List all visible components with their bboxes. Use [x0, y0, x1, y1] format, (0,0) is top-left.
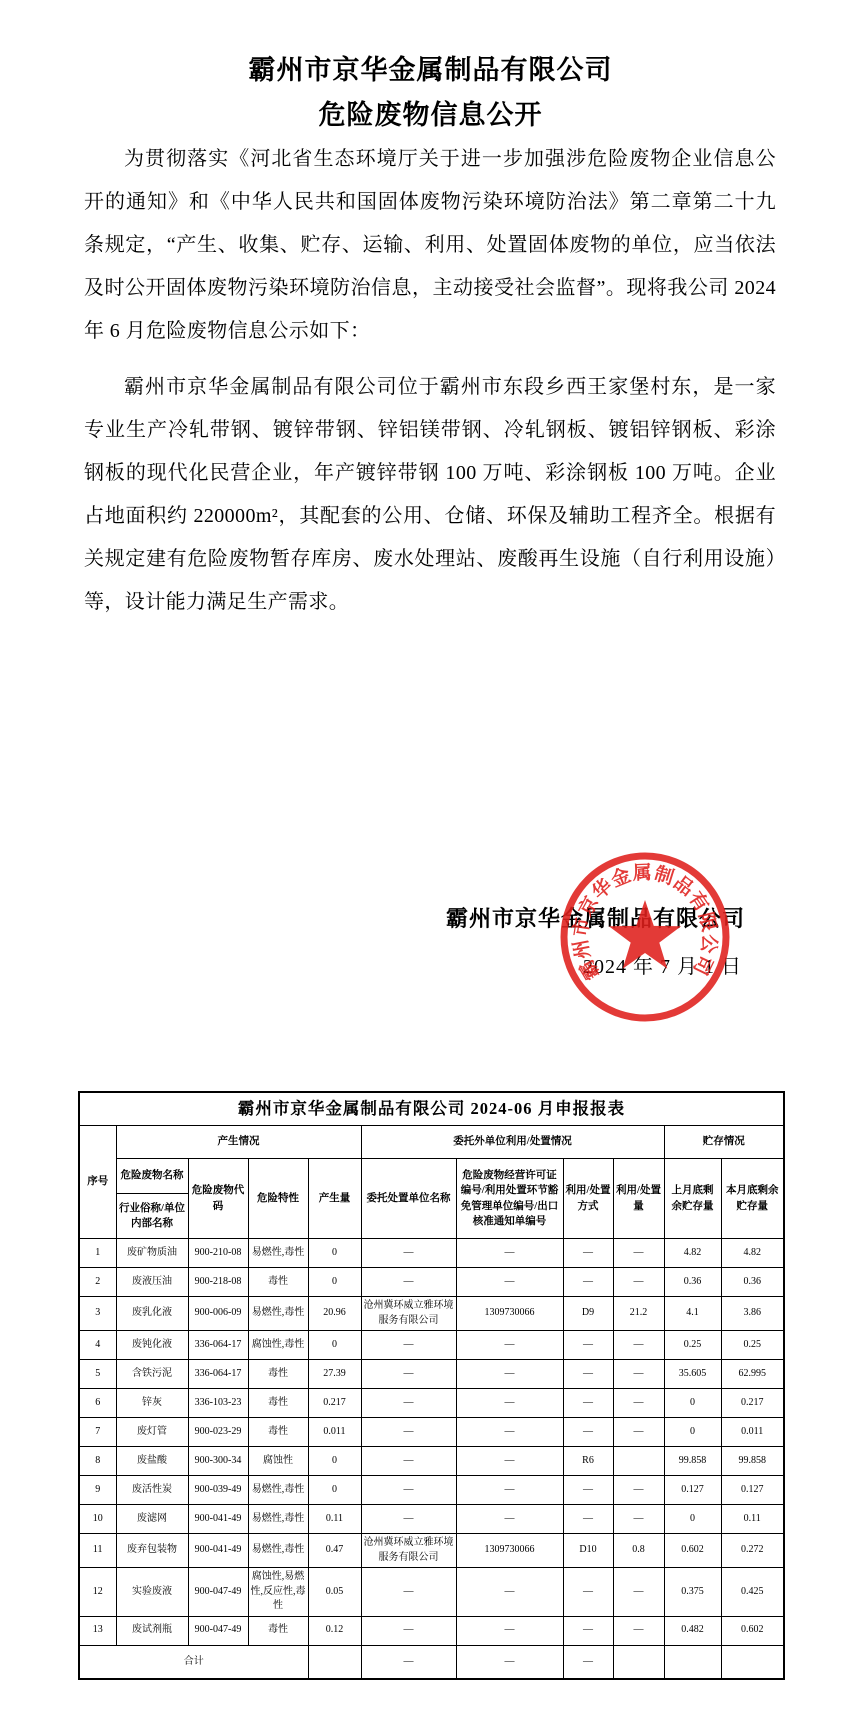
table-cell: 0.47 — [308, 1534, 361, 1568]
header-last-month-storage: 上月底剩余贮存量 — [664, 1159, 721, 1239]
table-cell: 900-006-09 — [188, 1297, 248, 1331]
table-cell: 3.86 — [721, 1297, 784, 1331]
table-row: 6锌灰336-103-23毒性0.217————00.217 — [79, 1389, 784, 1418]
table-cell: — — [613, 1360, 664, 1389]
table-cell: 21.2 — [613, 1297, 664, 1331]
table-cell: — — [563, 1476, 613, 1505]
table-row: 12实验废液900-047-49腐蚀性,易燃性,反应性,毒性0.05————0.… — [79, 1568, 784, 1617]
table-cell: 废灯管 — [116, 1418, 188, 1447]
table-cell: 0.602 — [721, 1616, 784, 1645]
table-cell: 0.602 — [664, 1534, 721, 1568]
table-cell: 9 — [79, 1476, 116, 1505]
table-cell: 废盐酸 — [116, 1447, 188, 1476]
table-cell: — — [563, 1389, 613, 1418]
table-cell: 易燃性,毒性 — [248, 1476, 308, 1505]
header-production: 产生量 — [308, 1159, 361, 1239]
table-cell: — — [456, 1505, 563, 1534]
table-cell: 废液压油 — [116, 1268, 188, 1297]
table-cell: — — [456, 1568, 563, 1617]
table-cell: 0 — [664, 1505, 721, 1534]
table-cell: 0 — [308, 1447, 361, 1476]
table-cell: 12 — [79, 1568, 116, 1617]
header-license: 危险废物经营许可证编号/利用处置环节豁免管理单位编号/出口核准通知单编号 — [456, 1159, 563, 1239]
table-cell: 900-300-34 — [188, 1447, 248, 1476]
table-cell — [613, 1447, 664, 1476]
table-cell: R6 — [563, 1447, 613, 1476]
document-body: 为贯彻落实《河北省生态环境厅关于进一步加强涉危险废物企业信息公开的通知》和《中华… — [84, 138, 776, 637]
paragraph-policy: 为贯彻落实《河北省生态环境厅关于进一步加强涉危险废物企业信息公开的通知》和《中华… — [84, 138, 776, 353]
table-row: 5含铁污泥336-064-17毒性27.39————35.60562.995 — [79, 1360, 784, 1389]
table-cell: — — [456, 1418, 563, 1447]
table-cell: — — [613, 1389, 664, 1418]
table-cell: 336-064-17 — [188, 1360, 248, 1389]
table-row: 4废钝化液336-064-17腐蚀性,毒性0————0.250.25 — [79, 1331, 784, 1360]
table-cell: 0.217 — [721, 1389, 784, 1418]
table-cell: 毒性 — [248, 1268, 308, 1297]
table-cell: — — [361, 1268, 456, 1297]
table-cell: — — [456, 1331, 563, 1360]
table-cell: 含铁污泥 — [116, 1360, 188, 1389]
table-title-row: 霸州市京华金属制品有限公司 2024-06 月申报报表 — [79, 1092, 784, 1126]
table-cell: 900-041-49 — [188, 1534, 248, 1568]
table-subheader-row1: 危险废物名称 危险废物代码 危险特性 产生量 委托处置单位名称 危险废物经营许可… — [79, 1159, 784, 1194]
table-cell: 0 — [664, 1418, 721, 1447]
header-this-month-storage: 本月底剩余贮存量 — [721, 1159, 784, 1239]
header-group-storage: 贮存情况 — [664, 1126, 784, 1159]
table-row: 11废弃包装物900-041-49易燃性,毒性0.47沧州冀环威立雅环境服务有限… — [79, 1534, 784, 1568]
table-cell: 900-210-08 — [188, 1239, 248, 1268]
table-cell: — — [361, 1239, 456, 1268]
table-cell: 0 — [664, 1389, 721, 1418]
table-cell: 5 — [79, 1360, 116, 1389]
table-cell: 0.127 — [664, 1476, 721, 1505]
table-cell: 900-023-29 — [188, 1418, 248, 1447]
header-group-produce: 产生情况 — [116, 1126, 361, 1159]
table-cell: — — [563, 1360, 613, 1389]
table-cell: D10 — [563, 1534, 613, 1568]
table-cell: — — [563, 1239, 613, 1268]
table-cell: — — [361, 1418, 456, 1447]
table-cell: 废活性炭 — [116, 1476, 188, 1505]
table-cell: 900-047-49 — [188, 1568, 248, 1617]
table-title: 霸州市京华金属制品有限公司 2024-06 月申报报表 — [79, 1092, 784, 1126]
table-cell: 900-218-08 — [188, 1268, 248, 1297]
seal-ring — [564, 856, 726, 1018]
header-hazard: 危险特性 — [248, 1159, 308, 1239]
table-cell: 0 — [308, 1239, 361, 1268]
table-cell: 0 — [308, 1331, 361, 1360]
table-total-row: 合计——— — [79, 1645, 784, 1679]
table-cell: 0.425 — [721, 1568, 784, 1617]
table-cell: 3 — [79, 1297, 116, 1331]
table-cell: — — [613, 1268, 664, 1297]
table-cell: — — [613, 1239, 664, 1268]
table-row: 1废矿物质油900-210-08易燃性,毒性0————4.824.82 — [79, 1239, 784, 1268]
table-cell: 6 — [79, 1389, 116, 1418]
table-cell: 0.36 — [664, 1268, 721, 1297]
table-cell: — — [361, 1616, 456, 1645]
table-cell: 0.12 — [308, 1616, 361, 1645]
header-seq: 序号 — [79, 1126, 116, 1239]
table-cell: — — [361, 1360, 456, 1389]
table-cell: 2 — [79, 1268, 116, 1297]
header-use-method: 利用/处置方式 — [563, 1159, 613, 1239]
table-cell: 1309730066 — [456, 1297, 563, 1331]
table-cell: — — [563, 1616, 613, 1645]
table-cell: 13 — [79, 1616, 116, 1645]
table-cell: 腐蚀性,毒性 — [248, 1331, 308, 1360]
table-cell: 0.11 — [308, 1505, 361, 1534]
table-cell: 0 — [308, 1476, 361, 1505]
table-cell: 0.011 — [721, 1418, 784, 1447]
monthly-report-table: 霸州市京华金属制品有限公司 2024-06 月申报报表 序号 产生情况 委托外单… — [78, 1091, 785, 1680]
header-group-entrust: 委托外单位利用/处置情况 — [361, 1126, 664, 1159]
table-cell: 废钝化液 — [116, 1331, 188, 1360]
table-row: 2废液压油900-218-08毒性0————0.360.36 — [79, 1268, 784, 1297]
table-cell: — — [456, 1645, 563, 1679]
table-group-header-row: 序号 产生情况 委托外单位利用/处置情况 贮存情况 — [79, 1126, 784, 1159]
table-cell: — — [456, 1447, 563, 1476]
header-use-amount: 利用/处置量 — [613, 1159, 664, 1239]
table-cell: 0.011 — [308, 1418, 361, 1447]
table-cell: 1309730066 — [456, 1534, 563, 1568]
table-cell — [308, 1645, 361, 1679]
table-row: 13废试剂瓶900-047-49毒性0.12————0.4820.602 — [79, 1616, 784, 1645]
table-cell — [664, 1645, 721, 1679]
table-cell: 4.82 — [664, 1239, 721, 1268]
table-cell: — — [456, 1389, 563, 1418]
table-cell: 易燃性,毒性 — [248, 1505, 308, 1534]
table-cell: 毒性 — [248, 1418, 308, 1447]
table-cell: 27.39 — [308, 1360, 361, 1389]
table-cell: 易燃性,毒性 — [248, 1534, 308, 1568]
table-cell: 0.375 — [664, 1568, 721, 1617]
table-cell: 7 — [79, 1418, 116, 1447]
table-cell: 11 — [79, 1534, 116, 1568]
table-row: 8废盐酸900-300-34腐蚀性0——R699.85899.858 — [79, 1447, 784, 1476]
table-cell: 废试剂瓶 — [116, 1616, 188, 1645]
table-cell: — — [563, 1268, 613, 1297]
table-cell: 336-064-17 — [188, 1331, 248, 1360]
table-cell: 易燃性,毒性 — [248, 1239, 308, 1268]
table-cell: 毒性 — [248, 1389, 308, 1418]
table-cell: 20.96 — [308, 1297, 361, 1331]
table-cell: — — [563, 1505, 613, 1534]
paragraph-company-intro: 霸州市京华金属制品有限公司位于霸州市东段乡西王家堡村东，是一家专业生产冷轧带钢、… — [84, 366, 776, 624]
table-cell: — — [613, 1331, 664, 1360]
table-cell: 336-103-23 — [188, 1389, 248, 1418]
table-cell: — — [563, 1418, 613, 1447]
table-cell: 10 — [79, 1505, 116, 1534]
table-cell: 0.482 — [664, 1616, 721, 1645]
table-cell: 0.217 — [308, 1389, 361, 1418]
waste-table-body: 1废矿物质油900-210-08易燃性,毒性0————4.824.822废液压油… — [79, 1239, 784, 1680]
table-cell — [613, 1645, 664, 1679]
table-cell: 废乳化液 — [116, 1297, 188, 1331]
table-cell: 8 — [79, 1447, 116, 1476]
table-cell: 4.1 — [664, 1297, 721, 1331]
table-cell: 35.605 — [664, 1360, 721, 1389]
table-cell: 毒性 — [248, 1360, 308, 1389]
table-row: 10废滤网900-041-49易燃性,毒性0.11————00.11 — [79, 1505, 784, 1534]
table-cell: 4 — [79, 1331, 116, 1360]
header-industry-name: 行业俗称/单位内部名称 — [116, 1194, 188, 1239]
table-cell: — — [361, 1389, 456, 1418]
table-cell: — — [613, 1505, 664, 1534]
table-cell: 0 — [308, 1268, 361, 1297]
table-cell: 0.05 — [308, 1568, 361, 1617]
table-cell: 废滤网 — [116, 1505, 188, 1534]
header-waste-code: 危险废物代码 — [188, 1159, 248, 1239]
table-cell: — — [563, 1645, 613, 1679]
table-cell: 腐蚀性 — [248, 1447, 308, 1476]
company-seal-stamp: 霸州市京华金属制品有限公司 — [556, 848, 734, 1026]
table-cell: 0.272 — [721, 1534, 784, 1568]
table-cell: 99.858 — [664, 1447, 721, 1476]
table-cell: 0.127 — [721, 1476, 784, 1505]
table-cell: — — [613, 1418, 664, 1447]
table-cell: — — [361, 1505, 456, 1534]
table-cell: 900-039-49 — [188, 1476, 248, 1505]
table-row: 9废活性炭900-039-49易燃性,毒性0————0.1270.127 — [79, 1476, 784, 1505]
table-cell: — — [361, 1568, 456, 1617]
table-cell: 废矿物质油 — [116, 1239, 188, 1268]
table-cell: 62.995 — [721, 1360, 784, 1389]
table-cell: 腐蚀性,易燃性,反应性,毒性 — [248, 1568, 308, 1617]
table-cell: — — [361, 1476, 456, 1505]
table-cell: D9 — [563, 1297, 613, 1331]
table-cell: 废弃包装物 — [116, 1534, 188, 1568]
table-cell: — — [563, 1568, 613, 1617]
table-cell: 99.858 — [721, 1447, 784, 1476]
table-cell: 1 — [79, 1239, 116, 1268]
table-cell: — — [456, 1239, 563, 1268]
signature-date: 2024 年 7 月 1 日 — [583, 950, 742, 979]
table-cell — [721, 1645, 784, 1679]
table-cell: 沧州冀环威立雅环境服务有限公司 — [361, 1297, 456, 1331]
table-cell: — — [361, 1331, 456, 1360]
table-cell: — — [563, 1331, 613, 1360]
table-cell: — — [613, 1568, 664, 1617]
table-cell: — — [613, 1616, 664, 1645]
table-cell: — — [456, 1476, 563, 1505]
table-row: 7废灯管900-023-29毒性0.011————00.011 — [79, 1418, 784, 1447]
table-cell: 合计 — [79, 1645, 308, 1679]
table-cell: — — [613, 1476, 664, 1505]
document-title-line1: 霸州市京华金属制品有限公司 — [0, 48, 861, 87]
table-cell: 0.11 — [721, 1505, 784, 1534]
signature-company-name: 霸州市京华金属制品有限公司 — [446, 902, 745, 933]
table-cell: — — [361, 1447, 456, 1476]
document-page: { "doc": { "title_line1": "霸州市京华金属制品有限公司… — [0, 0, 861, 1720]
table-cell: 沧州冀环威立雅环境服务有限公司 — [361, 1534, 456, 1568]
table-cell: 易燃性,毒性 — [248, 1297, 308, 1331]
table-cell: 0.25 — [664, 1331, 721, 1360]
table-cell: 4.82 — [721, 1239, 784, 1268]
table-cell: — — [456, 1268, 563, 1297]
monthly-report-table-wrap: 霸州市京华金属制品有限公司 2024-06 月申报报表 序号 产生情况 委托外单… — [78, 1091, 784, 1680]
table-cell: — — [361, 1645, 456, 1679]
table-cell: 实验废液 — [116, 1568, 188, 1617]
header-waste-name: 危险废物名称 — [116, 1159, 188, 1194]
table-cell: 毒性 — [248, 1616, 308, 1645]
table-row: 3废乳化液900-006-09易燃性,毒性20.96沧州冀环威立雅环境服务有限公… — [79, 1297, 784, 1331]
table-cell: 0.25 — [721, 1331, 784, 1360]
table-cell: 0.8 — [613, 1534, 664, 1568]
table-cell: 900-041-49 — [188, 1505, 248, 1534]
table-cell: — — [456, 1616, 563, 1645]
table-cell: 锌灰 — [116, 1389, 188, 1418]
table-cell: 0.36 — [721, 1268, 784, 1297]
header-entrusted-unit: 委托处置单位名称 — [361, 1159, 456, 1239]
table-cell: — — [456, 1360, 563, 1389]
table-cell: 900-047-49 — [188, 1616, 248, 1645]
document-title-line2: 危险废物信息公开 — [0, 93, 861, 132]
